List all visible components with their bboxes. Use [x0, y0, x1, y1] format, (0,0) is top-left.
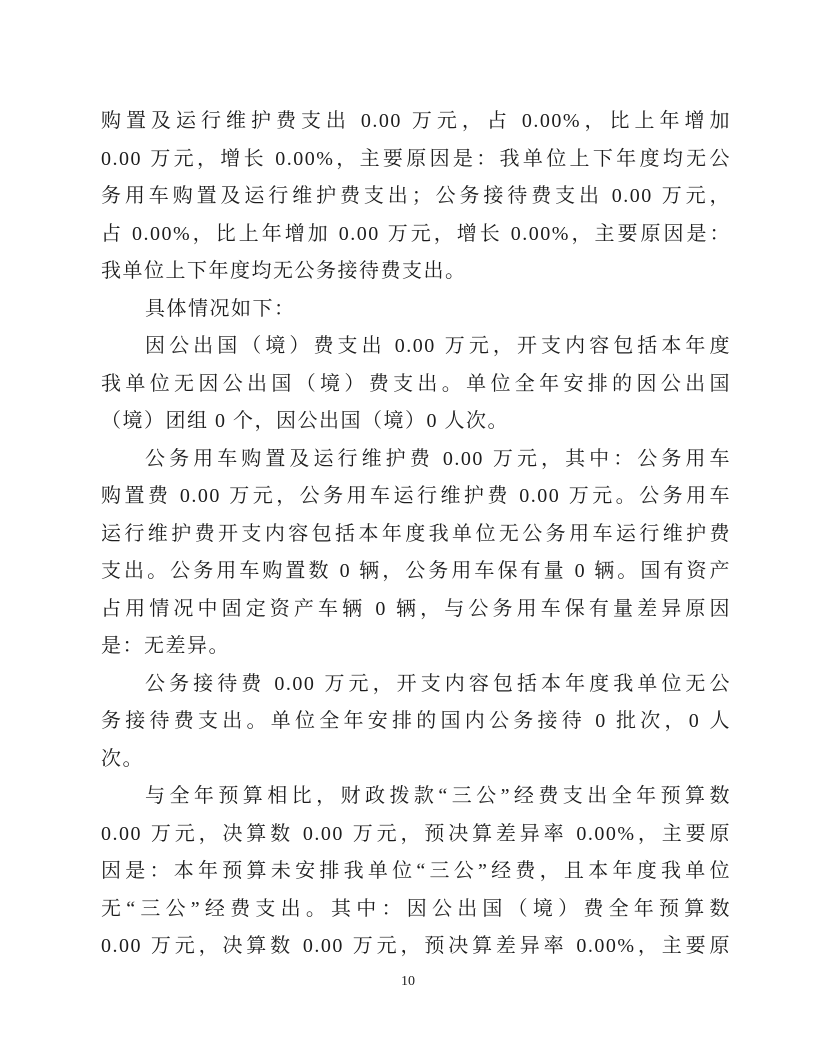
text-line: 无“三公”经费支出。其中：因公出国（境）费全年预算数	[101, 891, 731, 929]
paragraph: 公务接待费 0.00 万元，开支内容包括本年度我单位无公务接待费支出。单位全年安…	[101, 666, 731, 779]
page-body: 购置及运行维护费支出 0.00 万元，占 0.00%，比上年增加0.00 万元，…	[101, 103, 731, 966]
text-line: 0.00 万元，决算数 0.00 万元，预决算差异率 0.00%，主要原	[101, 816, 731, 854]
page-number: 10	[0, 974, 816, 990]
text-line: 占用情况中固定资产车辆 0 辆，与公务用车保有量差异原因	[101, 591, 731, 629]
text-line: （境）团组 0 个，因公出国（境）0 人次。	[101, 403, 731, 441]
text-line: 购置及运行维护费支出 0.00 万元，占 0.00%，比上年增加	[101, 103, 731, 141]
text-line: 因公出国（境）费支出 0.00 万元，开支内容包括本年度	[101, 328, 731, 366]
paragraph: 与全年预算相比，财政拨款“三公”经费支出全年预算数0.00 万元，决算数 0.0…	[101, 778, 731, 966]
text-line: 我单位无因公出国（境）费支出。单位全年安排的因公出国	[101, 366, 731, 404]
text-line: 0.00 万元，决算数 0.00 万元，预决算差异率 0.00%，主要原	[101, 928, 731, 966]
text-line: 支出。公务用车购置数 0 辆，公务用车保有量 0 辆。国有资产	[101, 553, 731, 591]
text-line: 是：无差异。	[101, 628, 731, 666]
text-line: 公务接待费 0.00 万元，开支内容包括本年度我单位无公	[101, 666, 731, 704]
text-line: 具体情况如下：	[101, 291, 731, 329]
text-line: 务接待费支出。单位全年安排的国内公务接待 0 批次，0 人	[101, 703, 731, 741]
text-line: 公务用车购置及运行维护费 0.00 万元，其中：公务用车	[101, 441, 731, 479]
document-page: 购置及运行维护费支出 0.00 万元，占 0.00%，比上年增加0.00 万元，…	[0, 0, 816, 1056]
paragraph: 公务用车购置及运行维护费 0.00 万元，其中：公务用车购置费 0.00 万元，…	[101, 441, 731, 666]
text-line: 我单位上下年度均无公务接待费支出。	[101, 253, 731, 291]
text-line: 占 0.00%，比上年增加 0.00 万元，增长 0.00%，主要原因是：	[101, 216, 731, 254]
text-line: 0.00 万元，增长 0.00%，主要原因是：我单位上下年度均无公	[101, 141, 731, 179]
paragraph: 因公出国（境）费支出 0.00 万元，开支内容包括本年度我单位无因公出国（境）费…	[101, 328, 731, 441]
paragraph: 具体情况如下：	[101, 291, 731, 329]
text-line: 因是：本年预算未安排我单位“三公”经费，且本年度我单位	[101, 853, 731, 891]
paragraph: 购置及运行维护费支出 0.00 万元，占 0.00%，比上年增加0.00 万元，…	[101, 103, 731, 291]
text-line: 与全年预算相比，财政拨款“三公”经费支出全年预算数	[101, 778, 731, 816]
text-line: 运行维护费开支内容包括本年度我单位无公务用车运行维护费	[101, 516, 731, 554]
text-line: 务用车购置及运行维护费支出；公务接待费支出 0.00 万元，	[101, 178, 731, 216]
text-line: 购置费 0.00 万元，公务用车运行维护费 0.00 万元。公务用车	[101, 478, 731, 516]
text-line: 次。	[101, 741, 731, 779]
